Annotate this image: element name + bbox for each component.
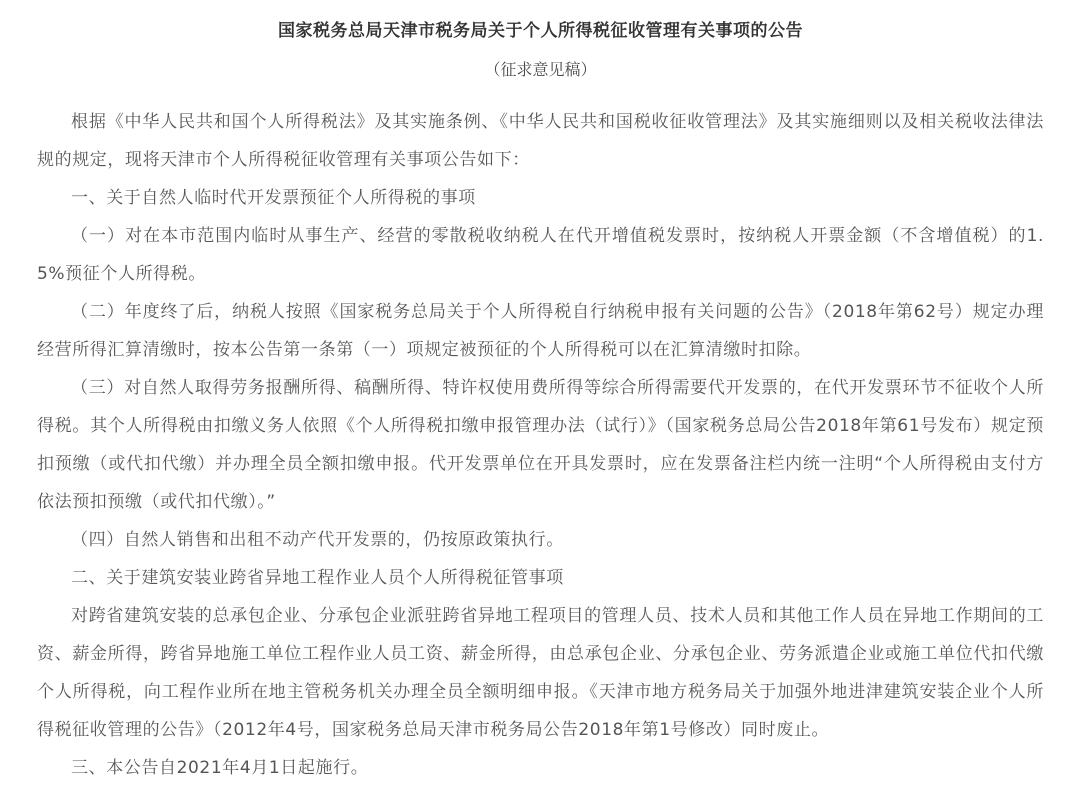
document-page: 国家税务总局天津市税务局关于个人所得税征收管理有关事项的公告 （征求意见稿） 根… (0, 0, 1080, 799)
body-paragraph: （二）年度终了后，纳税人按照《国家税务总局关于个人所得税自行纳税申报有关问题的公… (37, 293, 1044, 369)
body-paragraph: 对跨省建筑安装的总承包企业、分承包企业派驻跨省异地工程项目的管理人员、技术人员和… (37, 597, 1044, 749)
body-paragraph: （三）对自然人取得劳务报酬所得、稿酬所得、特许权使用费所得等综合所得需要代开发票… (37, 369, 1044, 521)
body-paragraph: 三、本公告自2021年4月1日起施行。 (37, 749, 1044, 787)
body-paragraph: （一）对在本市范围内临时从事生产、经营的零散税收纳税人在代开增值税发票时，按纳税… (37, 217, 1044, 293)
body-paragraph: 二、关于建筑安装业跨省异地工程作业人员个人所得税征管事项 (37, 559, 1044, 597)
body-paragraph: 一、关于自然人临时代开发票预征个人所得税的事项 (37, 179, 1044, 217)
document-body: 根据《中华人民共和国个人所得税法》及其实施条例、《中华人民共和国税收征收管理法》… (37, 103, 1044, 787)
body-paragraph: （四）自然人销售和出租不动产代开发票的，仍按原政策执行。 (37, 521, 1044, 559)
document-subtitle: （征求意见稿） (37, 59, 1044, 81)
body-paragraph: 根据《中华人民共和国个人所得税法》及其实施条例、《中华人民共和国税收征收管理法》… (37, 103, 1044, 179)
document-title: 国家税务总局天津市税务局关于个人所得税征收管理有关事项的公告 (37, 18, 1044, 44)
